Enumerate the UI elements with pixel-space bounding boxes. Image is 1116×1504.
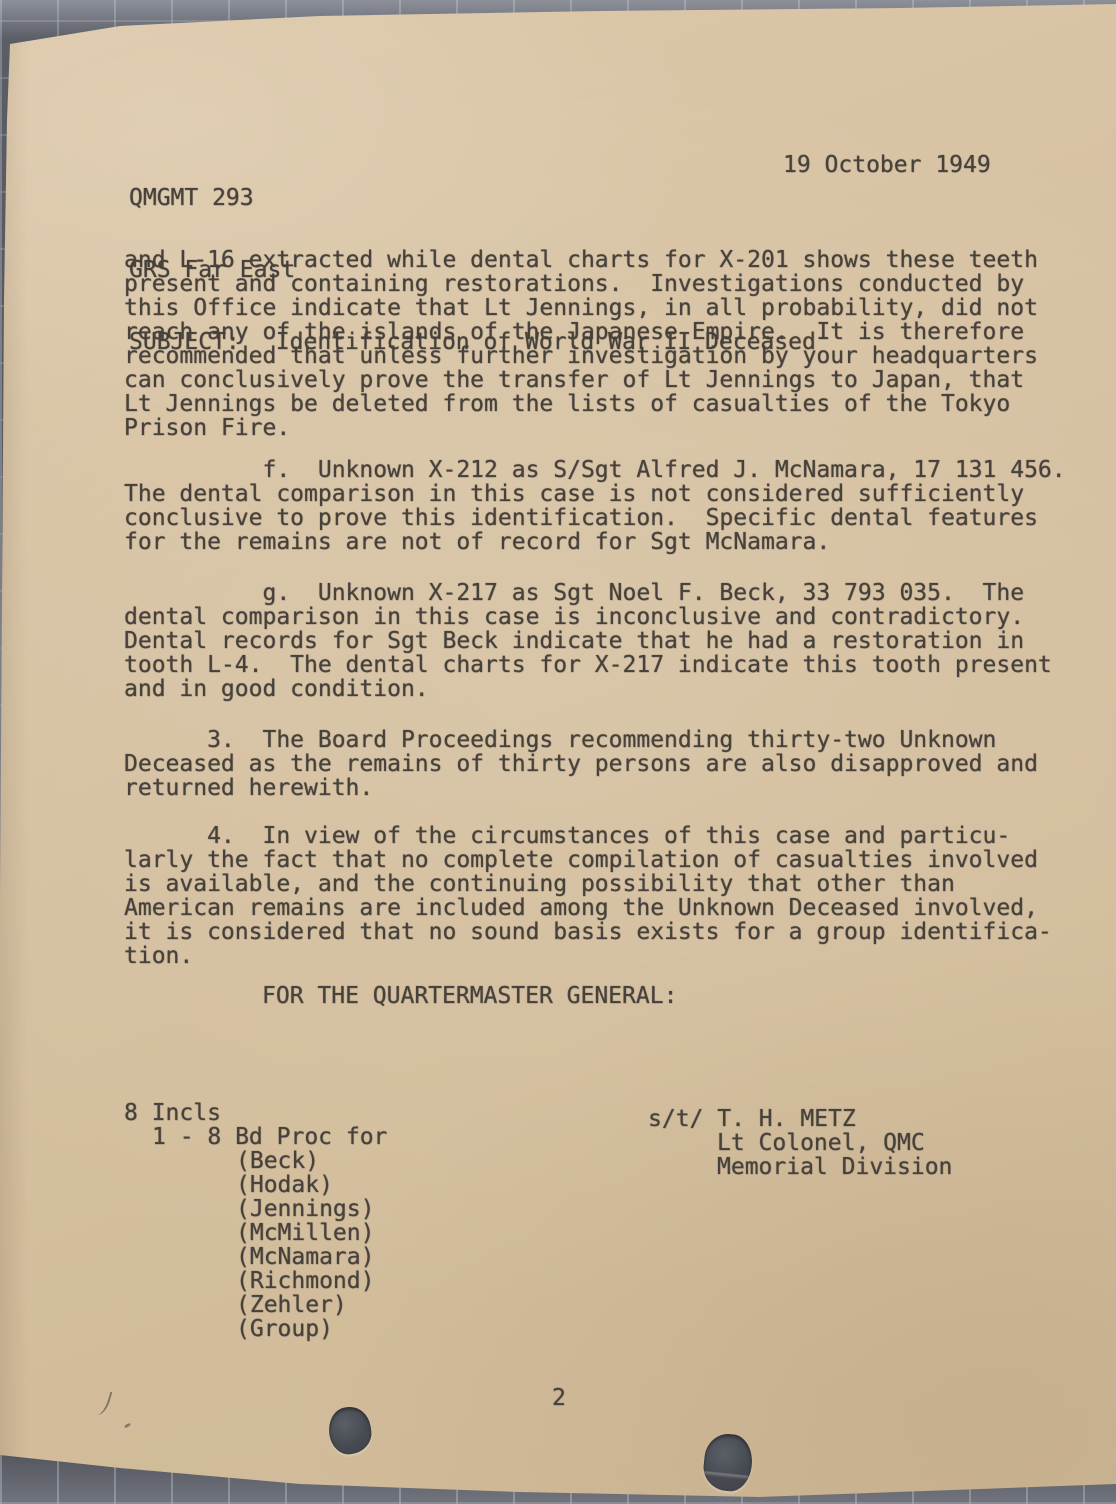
signature-rank-line: Lt Colonel, QMC [717,1131,925,1155]
letter-page: QMGMT 293 GRS Far East SUBJECT:Identific… [0,0,1116,1504]
signature-signed-line: s/t/ T. H. METZ [648,1107,856,1131]
paragraph-item-f: f. Unknown X-212 as S/Sgt Alfred J. McNa… [124,458,1066,554]
paragraph-item-g: g. Unknown X-217 as Sgt Noel F. Beck, 33… [124,581,1052,701]
letter-reference: QMGMT 293 [129,186,816,210]
stray-ink-speck [124,1422,132,1428]
enclosures-count: 8 Incls [124,1101,221,1125]
signature-division-line: Memorial Division [717,1155,952,1179]
enclosures-name-list: (Beck) (Hodak) (Jennings) (McMillen) (Mc… [236,1149,374,1341]
stray-ink-mark [93,1389,113,1418]
page-number: 2 [552,1386,566,1410]
closing-authority-line: FOR THE QUARTERMASTER GENERAL: [262,984,677,1008]
scanned-document-photo: { "letter": { "header": { "reference": "… [0,0,1116,1504]
letter-date: 19 October 1949 [783,153,991,177]
paragraph-item-3: 3. The Board Proceedings recommending th… [124,728,1038,800]
enclosures-item-line: 1 - 8 Bd Proc for [152,1125,387,1149]
paragraph-continuation: and L-16 extracted while dental charts f… [124,248,1038,440]
paragraph-item-4: 4. In view of the circumstances of this … [124,824,1052,968]
